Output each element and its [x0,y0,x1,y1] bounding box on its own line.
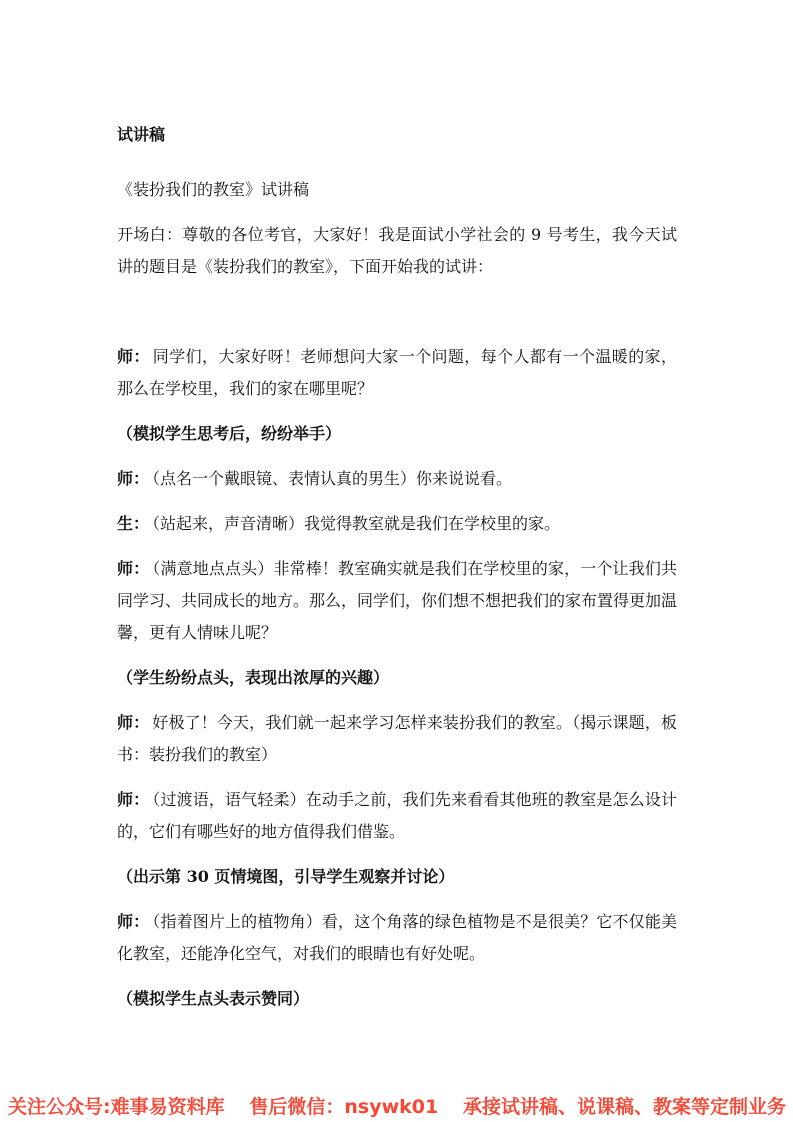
speaker-label: 师： [117,912,152,931]
footer-segment-wechat-official: 关注公众号:难事易资料库 [8,1092,225,1119]
paragraph: 师：同学们，大家好呀！老师想问大家一个问题，每个人都有一个温暖的家，那么在学校里… [117,341,677,405]
footer-segment-services: 承接试讲稿、说课稿、教案等定制业务 [463,1092,786,1119]
paragraph: 师：（点名一个戴眼镜、表情认真的男生）你来说说看。 [117,463,677,495]
paragraph: 师：（过渡语，语气轻柔）在动手之前，我们先来看看其他班的教室是怎么设计的，它们有… [117,784,677,848]
paragraph: 生：（站起来，声音清晰）我觉得教室就是我们在学校里的家。 [117,508,677,540]
paragraph-text: （指着图片上的植物角）看，这个角落的绿色植物是不是很美？它不仅能美化教室，还能净… [117,912,677,963]
paragraph-text: 同学们，大家好呀！老师想问大家一个问题，每个人都有一个温暖的家，那么在学校里，我… [117,347,677,398]
speaker-label: 师： [117,469,152,488]
doc-subtitle: 《装扮我们的教室》试讲稿 [117,174,677,206]
stage-direction: （模拟学生思考后，纷纷举手） [117,418,677,450]
stage-direction: （学生纷纷点头，表现出浓厚的兴趣） [117,662,677,694]
paragraph-text: 好极了！今天，我们就一起来学习怎样来装扮我们的教室。（揭示课题，板书：装扮我们的… [117,713,677,764]
footer-banner: 关注公众号:难事易资料库 售后微信：nsywk01 承接试讲稿、说课稿、教案等定… [8,1092,786,1119]
speaker-label: 师： [117,559,152,578]
speaker-label: 生： [117,514,152,533]
paragraph-text: （过渡语，语气轻柔）在动手之前，我们先来看看其他班的教室是怎么设计的，它们有哪些… [117,790,677,841]
blank-line [117,296,677,328]
paragraph: 师：好极了！今天，我们就一起来学习怎样来装扮我们的教室。（揭示课题，板书：装扮我… [117,707,677,771]
paragraph-text: （站起来，声音清晰）我觉得教室就是我们在学校里的家。 [152,514,560,533]
paragraph-text: （满意地点点头）非常棒！教室确实就是我们在学校里的家，一个让我们共同学习、共同成… [117,559,677,642]
document-page: 试讲稿 《装扮我们的教室》试讲稿 开场白：尊敬的各位考官，大家好！我是面试小学社… [0,0,793,1122]
doc-title: 试讲稿 [117,119,677,151]
paragraph: 师：（指着图片上的植物角）看，这个角落的绿色植物是不是很美？它不仅能美化教室，还… [117,906,677,970]
speaker-label: 师： [117,790,152,809]
stage-direction: （出示第 30 页情境图，引导学生观察并讨论） [117,861,677,893]
paragraph: 师：（满意地点点头）非常棒！教室确实就是我们在学校里的家，一个让我们共同学习、共… [117,553,677,649]
document-content: 试讲稿 《装扮我们的教室》试讲稿 开场白：尊敬的各位考官，大家好！我是面试小学社… [0,0,793,1015]
speaker-label: 师： [117,347,153,366]
intro-paragraph: 开场白：尊敬的各位考官，大家好！我是面试小学社会的 9 号考生，我今天试讲的题目… [117,219,677,283]
footer-segment-aftersale-wechat: 售后微信：nsywk01 [249,1092,438,1119]
paragraph-text: （点名一个戴眼镜、表情认真的男生）你来说说看。 [152,469,512,488]
stage-direction: （模拟学生点头表示赞同） [117,983,677,1015]
speaker-label: 师： [117,713,152,732]
